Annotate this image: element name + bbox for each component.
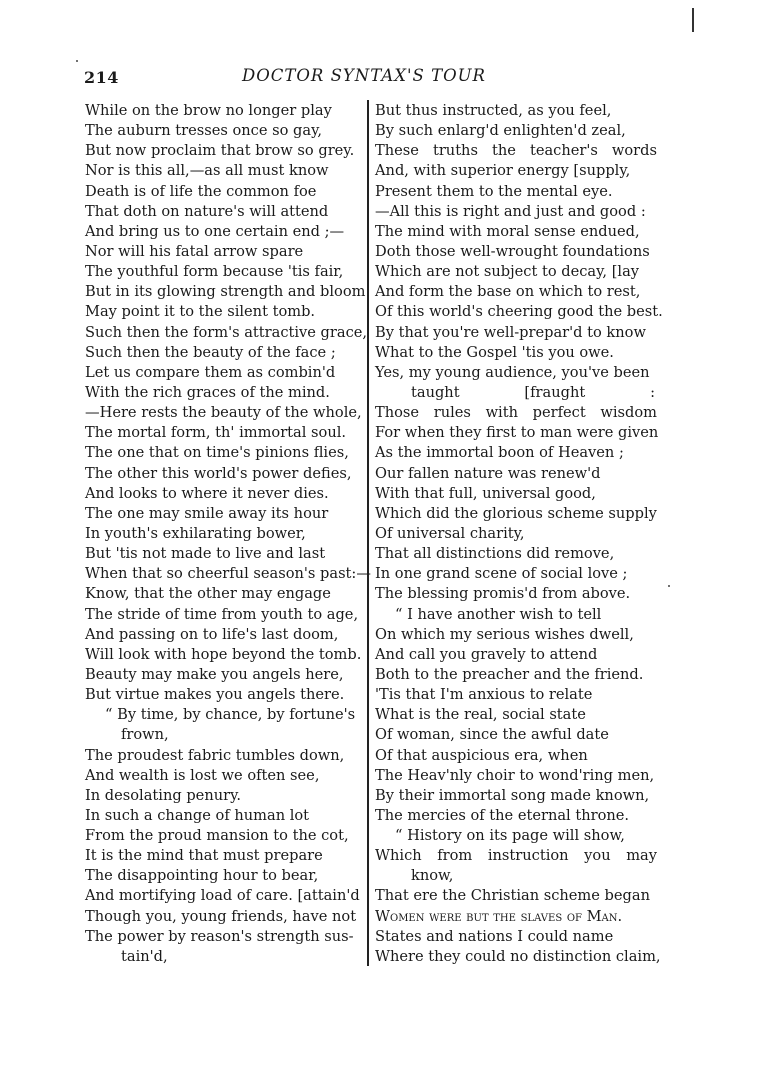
verse-line: Death is of life the common foe bbox=[85, 182, 363, 202]
verse-line: The one may smile away its hour bbox=[85, 504, 363, 524]
verse-line: By that you're well-prepar'd to know bbox=[375, 323, 657, 343]
verse-line: That doth on nature's will attend bbox=[85, 202, 363, 222]
verse-line: In youth's exhilarating bower, bbox=[85, 524, 363, 544]
verse-line: Which did the glorious scheme supply bbox=[375, 504, 657, 524]
right-column: But thus instructed, as you feel, By suc… bbox=[375, 101, 657, 967]
verse-line: On which my serious wishes dwell, bbox=[375, 625, 657, 645]
verse-line: In such a change of human lot bbox=[85, 806, 363, 826]
verse-line-continuation: taught [fraught : bbox=[375, 383, 657, 403]
verse-line: And call you gravely to attend bbox=[375, 645, 657, 665]
verse-line: The stride of time from youth to age, bbox=[85, 605, 363, 625]
left-column: While on the brow no longer play The aub… bbox=[85, 101, 363, 967]
page-number: 214 bbox=[84, 68, 119, 87]
verse-line-continuation: frown, bbox=[85, 725, 363, 745]
verse-line: And passing on to life's last doom, bbox=[85, 625, 363, 645]
verse-line: While on the brow no longer play bbox=[85, 101, 363, 121]
verse-line: The proudest fabric tumbles down, bbox=[85, 746, 363, 766]
verse-line: And looks to where it never dies. bbox=[85, 484, 363, 504]
verse-line: “ History on its page will show, bbox=[375, 826, 657, 846]
verse-line: With the rich graces of the mind. bbox=[85, 383, 363, 403]
verse-line: By such enlarg'd enlighten'd zeal, bbox=[375, 121, 657, 141]
verse-line: Nor is this all,—as all must know bbox=[85, 161, 363, 181]
verse-line: Will look with hope beyond the tomb. bbox=[85, 645, 363, 665]
verse-line: The Heav'nly choir to wond'ring men, bbox=[375, 766, 657, 786]
verse-line: Of that auspicious era, when bbox=[375, 746, 657, 766]
verse-line: The mercies of the eternal throne. bbox=[375, 806, 657, 826]
verse-line: Which from instruction you may bbox=[375, 846, 657, 866]
verse-line: With that full, universal good, bbox=[375, 484, 657, 504]
verse-line: When that so cheerful season's past:— bbox=[85, 564, 363, 584]
running-title: DOCTOR SYNTAX'S TOUR bbox=[242, 66, 486, 85]
verse-line: But now proclaim that brow so grey. bbox=[85, 141, 363, 161]
page-header: 214 DOCTOR SYNTAX'S TOUR bbox=[84, 66, 504, 88]
verse-line: The disappointing hour to bear, bbox=[85, 866, 363, 886]
verse-line: Know, that the other may engage bbox=[85, 584, 363, 604]
verse-line: In one grand scene of social love ; bbox=[375, 564, 657, 584]
verse-line: Our fallen nature was renew'd bbox=[375, 464, 657, 484]
verse-line: What is the real, social state bbox=[375, 705, 657, 725]
verse-line: Of woman, since the awful date bbox=[375, 725, 657, 745]
verse-line: And form the base on which to rest, bbox=[375, 282, 657, 302]
verse-line: Those rules with perfect wisdom bbox=[375, 403, 657, 423]
verse-line: Where they could no distinction claim, bbox=[375, 947, 657, 967]
verse-line: But virtue makes you angels there. bbox=[85, 685, 363, 705]
verse-line: By their immortal song made known, bbox=[375, 786, 657, 806]
verse-line: In desolating penury. bbox=[85, 786, 363, 806]
verse-line-continuation: know, bbox=[375, 866, 657, 886]
verse-line: Nor will his fatal arrow spare bbox=[85, 242, 363, 262]
verse-line: May point it to the silent tomb. bbox=[85, 302, 363, 322]
speck-mark bbox=[668, 585, 670, 587]
verse-line: The other this world's power defies, bbox=[85, 464, 363, 484]
verse-line: What to the Gospel 'tis you owe. bbox=[375, 343, 657, 363]
verse-line: “ I have another wish to tell bbox=[375, 605, 657, 625]
verse-line: The blessing promis'd from above. bbox=[375, 584, 657, 604]
verse-line: —All this is right and just and good : bbox=[375, 202, 657, 222]
verse-line: That all distinctions did remove, bbox=[375, 544, 657, 564]
verse-line: Doth those well-wrought foundations bbox=[375, 242, 657, 262]
speck-mark bbox=[76, 60, 78, 62]
verse-line: Let us compare them as combin'd bbox=[85, 363, 363, 383]
column-divider bbox=[367, 100, 369, 966]
verse-line: And wealth is lost we often see, bbox=[85, 766, 363, 786]
verse-line: Such then the beauty of the face ; bbox=[85, 343, 363, 363]
verse-line: Present them to the mental eye. bbox=[375, 182, 657, 202]
verse-line: “ By time, by chance, by fortune's bbox=[85, 705, 363, 725]
verse-line: For when they first to man were given bbox=[375, 423, 657, 443]
verse-line: States and nations I could name bbox=[375, 927, 657, 947]
verse-line: Yes, my young audience, you've been bbox=[375, 363, 657, 383]
verse-line: And, with superior energy [supply, bbox=[375, 161, 657, 181]
verse-line: The mortal form, th' immortal soul. bbox=[85, 423, 363, 443]
verse-line: The one that on time's pinions flies, bbox=[85, 443, 363, 463]
verse-line: These truths the teacher's words bbox=[375, 141, 657, 161]
verse-line: It is the mind that must prepare bbox=[85, 846, 363, 866]
verse-line-continuation: tain'd, bbox=[85, 947, 363, 967]
verse-line: That ere the Christian scheme began bbox=[375, 886, 657, 906]
verse-line: And bring us to one certain end ;— bbox=[85, 222, 363, 242]
verse-line: The power by reason's strength sus- bbox=[85, 927, 363, 947]
verse-line: Women were but the slaves of Man. bbox=[375, 907, 657, 927]
verse-line: But 'tis not made to live and last bbox=[85, 544, 363, 564]
verse-line: Beauty may make you angels here, bbox=[85, 665, 363, 685]
verse-line: Of this world's cheering good the best. bbox=[375, 302, 657, 322]
verse-line: But in its glowing strength and bloom bbox=[85, 282, 363, 302]
verse-line: From the proud mansion to the cot, bbox=[85, 826, 363, 846]
verse-line: The mind with moral sense endued, bbox=[375, 222, 657, 242]
verse-line: The youthful form because 'tis fair, bbox=[85, 262, 363, 282]
verse-line: But thus instructed, as you feel, bbox=[375, 101, 657, 121]
verse-line: As the immortal boon of Heaven ; bbox=[375, 443, 657, 463]
verse-line: —Here rests the beauty of the whole, bbox=[85, 403, 363, 423]
verse-line: Both to the preacher and the friend. bbox=[375, 665, 657, 685]
verse-line: Such then the form's attractive grace, bbox=[85, 323, 363, 343]
verse-line: Of universal charity, bbox=[375, 524, 657, 544]
verse-line: And mortifying load of care. [attain'd bbox=[85, 886, 363, 906]
verse-line: The auburn tresses once so gay, bbox=[85, 121, 363, 141]
page-edge-mark bbox=[692, 8, 694, 32]
book-page: 214 DOCTOR SYNTAX'S TOUR While on the br… bbox=[0, 0, 768, 1079]
verse-line: Which are not subject to decay, [lay bbox=[375, 262, 657, 282]
verse-line: Though you, young friends, have not bbox=[85, 907, 363, 927]
verse-line: 'Tis that I'm anxious to relate bbox=[375, 685, 657, 705]
